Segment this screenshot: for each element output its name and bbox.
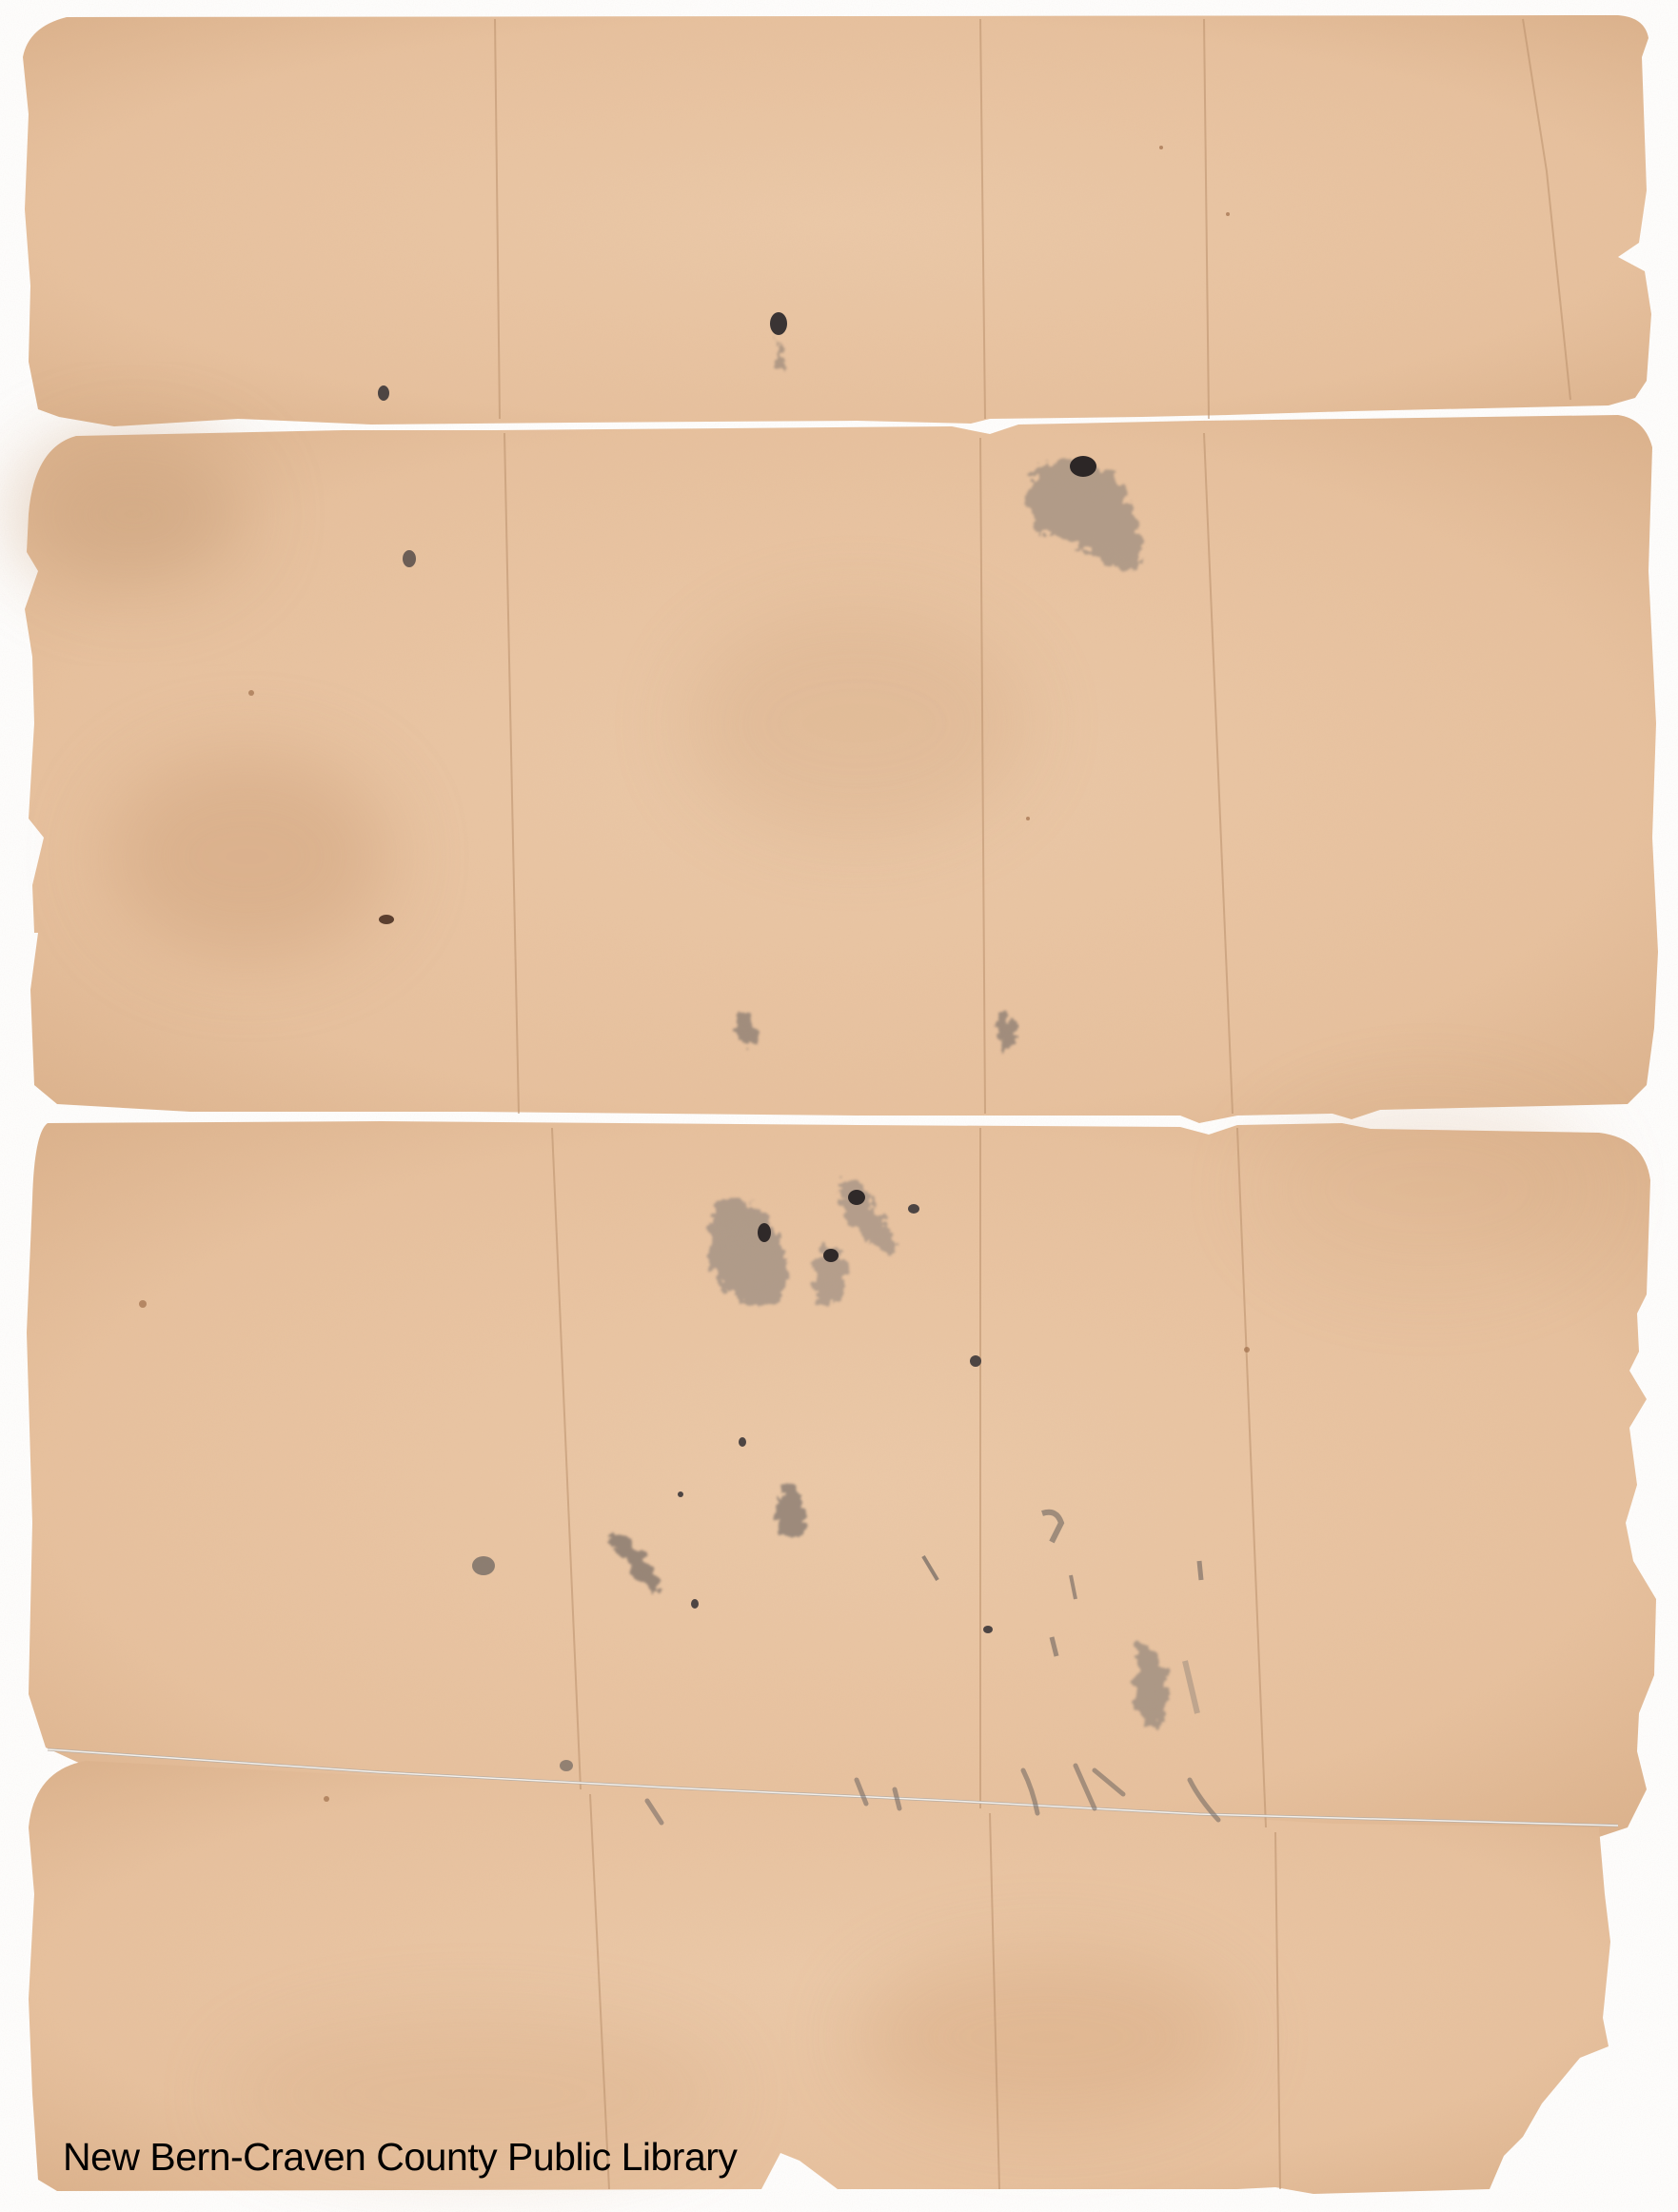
speck	[378, 385, 389, 401]
library-caption: New Bern-Craven County Public Library	[63, 2138, 737, 2177]
speck	[379, 915, 394, 924]
paper-scan	[0, 0, 1678, 2212]
speck	[403, 550, 416, 567]
scanned-document	[0, 0, 1678, 2212]
